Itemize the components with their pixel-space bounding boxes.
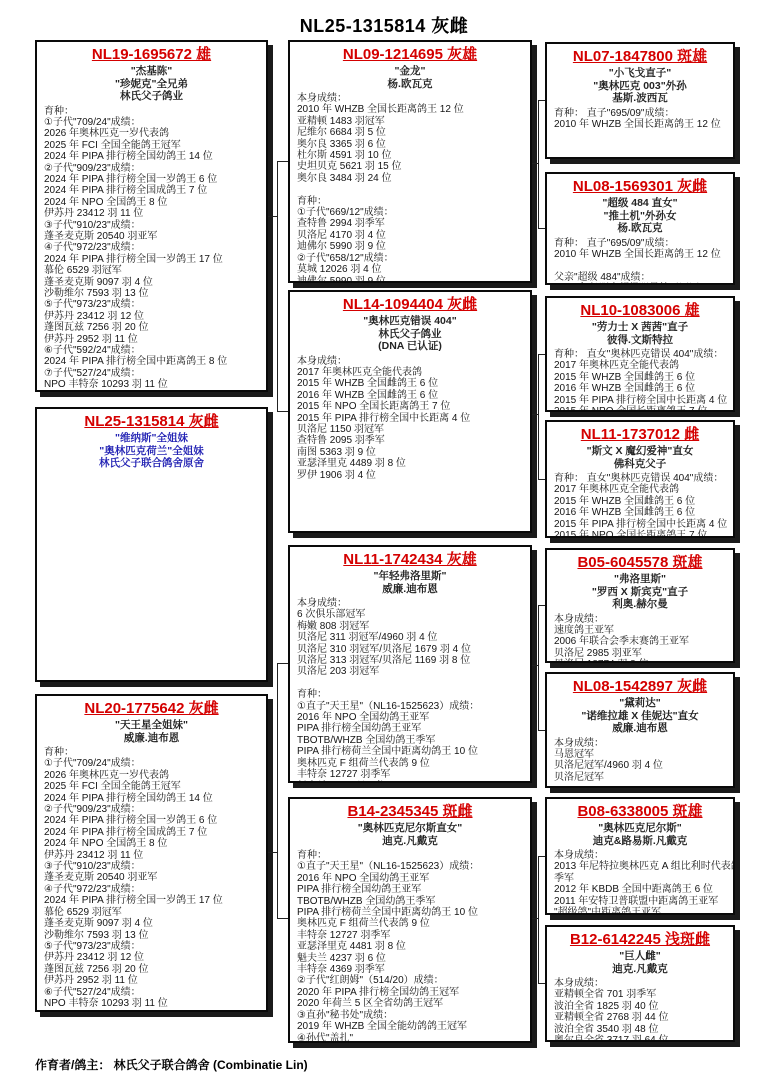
- text-line: "劳力士 X 茜茜"直子: [547, 321, 733, 334]
- pedigree-connector: [268, 216, 277, 217]
- text-line: 2013 年尼特拉奥林匹克 A 组比利时代表鸽: [554, 861, 730, 872]
- pedigree-connector: [538, 479, 545, 480]
- text-line: PIPA 排行榜荷兰全国中距离幼鸽王 10 位: [297, 907, 527, 918]
- ring-number: NL11-1737012 雌: [547, 425, 733, 444]
- text-line: 本身成绩：: [297, 93, 527, 104]
- breeder-credit: 作育者/鸽主： 林氏父子联合鸽舍 (Combinatie Lin): [35, 1056, 308, 1073]
- text-line: 威廉.迪布恩: [37, 732, 266, 745]
- ring-number: NL07-1847800 斑雄: [547, 47, 733, 66]
- pigeon-names: "天王星全姐妹"威廉.迪布恩: [37, 719, 266, 744]
- text-line: 慕伦 6529 羽冠军: [44, 265, 263, 276]
- text-line: 史坦贝克 5621 羽 15 位: [297, 161, 527, 172]
- text-line: 伊苏丹 23412 羽 11 位: [44, 208, 263, 219]
- text-line: 蓬图瓦兹 7256 羽 20 位: [44, 322, 263, 333]
- text-line: 2011 年安特卫普联盟中距离鸽王亚军: [554, 896, 730, 907]
- text-line: NPO 丰特奈 10293 羽 11 位: [44, 998, 263, 1009]
- text-line: 魁夫兰 4237 羽 6 位: [297, 781, 527, 784]
- text-line: 杜尔斯 4591 羽 10 位: [297, 150, 527, 161]
- text-line: 2012 年 KBDB 全国中距离鸽王 6 位: [554, 884, 730, 895]
- ring-number: B05-6045578 斑雄: [547, 553, 733, 572]
- pigeon-names: "弗洛里斯""罗西 X 斯宾克"直子利奥.赫尔曼: [547, 573, 733, 611]
- text-line: 2026 年奥林匹克一岁代表鸽: [44, 128, 263, 139]
- text-line: 2010 年 WHZB 全国长距离鸽王 12 位: [554, 119, 730, 130]
- text-line: ②子代"909/23"成绩：: [44, 163, 263, 174]
- text-line: 亚精顿 1483 羽冠军: [297, 116, 527, 127]
- pigeon-names: "维纳斯"全姐妹"奥林匹克荷兰"全姐妹林氏父子联合鸽舍原舍: [37, 432, 266, 470]
- ring-number: NL08-1542897 灰雌: [547, 677, 733, 696]
- text-line: 2016 年 WHZB 全国雌鸽王 6 位: [297, 390, 527, 401]
- text-line: 迪克.凡戴克: [290, 835, 530, 848]
- text-line: "维纳斯"全姐妹: [37, 432, 266, 445]
- text-line: 林氏父子鸽业: [290, 328, 530, 341]
- text-line: "奥林匹克尼尔斯": [547, 822, 733, 835]
- text-line: 2005 年长距离超级明星鸽王冠军: [554, 283, 730, 285]
- text-line: 育种：: [44, 747, 263, 758]
- text-line: 父亲"超级 484"成绩：: [554, 272, 730, 283]
- text-line: "天王星全姐妹": [37, 719, 266, 732]
- text-line: 育种： 直女"奥林匹克错误 404"成绩：: [554, 349, 730, 360]
- pedigree-connector: [538, 100, 545, 101]
- text-line: 2024 年 PIPA 排行榜全国一岁鸽王 17 位: [44, 895, 263, 906]
- pedigree-connector: [277, 161, 288, 162]
- text-line: 2015 年 WHZB 全国雌鸽王 6 位: [554, 372, 730, 383]
- text-line: ④子代"972/23"成绩：: [44, 242, 263, 253]
- text-line: ①直子"天王星"（NL16-1525623）成绩：: [297, 861, 527, 872]
- text-line: 2017 年奥林匹克全能代表鸽: [297, 367, 527, 378]
- text-line: 育种： 直子"695/09"成绩：: [554, 238, 730, 249]
- text-line: 佛科克父子: [547, 458, 733, 471]
- pigeon-names: "斯文 X 魔幻爱神"直女佛科克父子: [547, 445, 733, 470]
- pedigree-box-nl07-1847800: NL07-1847800 斑雄 "小飞戈直子""奥林匹克 003"外孙基斯.波西…: [545, 42, 735, 159]
- text-line: 梅嫩 808 羽冠军: [297, 621, 527, 632]
- text-line: 2024 年 PIPA 排行榜全国成鸽王 7 位: [44, 185, 263, 196]
- text-line: "超级鸽"中距离鸽王亚军: [554, 907, 730, 915]
- pedigree-box-nl25-1315814-subject: NL25-1315814 灰雌 "维纳斯"全姐妹"奥林匹克荷兰"全姐妹林氏父子联…: [35, 407, 268, 682]
- text-line: "珍妮克"全兄弟: [37, 78, 266, 91]
- text-line: 育种： 直子"695/09"成绩：: [554, 108, 730, 119]
- pedigree-box-nl08-1542897: NL08-1542897 灰雌 "黛莉达""诺维拉雄 X 佳妮达"直女威廉.迪布…: [545, 672, 735, 788]
- text-line: 查特鲁 2994 羽季军: [297, 218, 527, 229]
- ring-number: B14-2345345 斑雌: [290, 802, 530, 821]
- text-line: 杨.欧瓦克: [290, 78, 530, 91]
- text-line: 马恩冠军: [554, 749, 730, 760]
- text-line: 贝洛尼 310 羽冠军/贝洛尼 1679 羽 4 位: [297, 644, 527, 655]
- text-line: ③直孙"秘书处"成绩：: [297, 1010, 527, 1021]
- text-line: ①子代"709/24"成绩：: [44, 758, 263, 769]
- pedigree-connector: [277, 161, 278, 412]
- text-line: 奥尔良全省 3717 羽 64 位: [554, 1035, 730, 1042]
- pigeon-names: "劳力士 X 茜茜"直子彼得.文斯特拉: [547, 321, 733, 346]
- text-line: 蓬圣麦克斯 20540 羽亚军: [44, 231, 263, 242]
- pedigree-box-nl08-1569301: NL08-1569301 灰雌 "超级 484 直女""推土机"外孙女杨.欧瓦克…: [545, 172, 735, 285]
- results-list: 本身成绩：马恩冠军贝洛尼冠军/4960 羽 4 位贝洛尼冠军: [547, 738, 733, 784]
- text-line: 本身成绩：: [297, 356, 527, 367]
- pedigree-connector: [538, 354, 545, 355]
- pedigree-box-nl14-1094404: NL14-1094404 灰雌 "奥林匹克错误 404"林氏父子鸽业(DNA 已…: [288, 290, 532, 533]
- text-line: ①子代"709/24"成绩：: [44, 117, 263, 128]
- text-line: 2016 年 NPO 全国幼鸽王亚军: [297, 712, 527, 723]
- pedigree-connector: [268, 852, 277, 853]
- text-line: [554, 260, 730, 271]
- text-line: 贝洛尼 18774 羽 8 位: [554, 659, 730, 663]
- text-line: 贝洛尼 4170 羽 4 位: [297, 230, 527, 241]
- text-line: "黛莉达": [547, 697, 733, 710]
- results-list: 本身成绩：2017 年奥林匹克全能代表鸽2015 年 WHZB 全国雌鸽王 6 …: [290, 356, 530, 481]
- pigeon-names: "小飞戈直子""奥林匹克 003"外孙基斯.波西瓦: [547, 67, 733, 105]
- results-list: 育种： 直子"695/09"成绩：2010 年 WHZB 全国长距离鸽王 12 …: [547, 238, 733, 286]
- text-line: "斯文 X 魔幻爱神"直女: [547, 445, 733, 458]
- pedigree-connector: [538, 605, 539, 731]
- text-line: 季军: [554, 873, 730, 884]
- text-line: ④孙代"盖扎": [297, 1033, 527, 1044]
- text-line: 2015 年 NPO 全国长距离鸽王 7 位: [554, 406, 730, 412]
- pedigree-box-b08-6338005: B08-6338005 斑雄 "奥林匹克尼尔斯"迪克&路易斯.凡戴克 本身成绩：…: [545, 797, 735, 915]
- pedigree-box-nl20-1775642: NL20-1775642 灰雌 "天王星全姐妹"威廉.迪布恩 育种：①子代"70…: [35, 694, 268, 1012]
- text-line: 2024 年 NPO 全国鸽王 8 位: [44, 838, 263, 849]
- text-line: 2010 年 WHZB 全国长距离鸽王 12 位: [297, 104, 527, 115]
- results-list: 本身成绩：6 次俱乐部冠军梅嫩 808 羽冠军贝洛尼 311 羽冠军/4960 …: [290, 598, 530, 783]
- text-line: 本身成绩：: [554, 738, 730, 749]
- text-line: 育种： 直女"奥林匹克错误 404"成绩：: [554, 473, 730, 484]
- text-line: 育种：: [297, 850, 527, 861]
- pedigree-connector: [277, 411, 288, 412]
- text-line: "杰基陈": [37, 65, 266, 78]
- text-line: 奥尔良 3365 羽 6 位: [297, 139, 527, 150]
- text-line: 丰特奈 4369 羽季军: [297, 964, 527, 975]
- text-line: (DNA 已认证): [290, 340, 530, 353]
- text-line: 迪佛尔 5990 羽 9 位: [297, 276, 527, 284]
- text-line: 奥林匹克 F 组荷兰代表鸽 9 位: [297, 918, 527, 929]
- pigeon-names: "超级 484 直女""推土机"外孙女杨.欧瓦克: [547, 197, 733, 235]
- results-list: 本身成绩：亚精顿全省 701 羽季军波泊全省 1825 羽 40 位亚精顿全省 …: [547, 978, 733, 1042]
- pedigree-connector: [277, 663, 288, 664]
- pedigree-connector: [538, 100, 539, 229]
- text-line: 奥尔良 3484 羽 24 位: [297, 173, 527, 184]
- results-list: 育种： 直女"奥林匹克错误 404"成绩：2017 年奥林匹克全能代表鸽2015…: [547, 473, 733, 538]
- text-line: "推土机"外孙女: [547, 210, 733, 223]
- text-line: 伊苏丹 23412 羽 12 位: [44, 311, 263, 322]
- text-line: 慕伦 6529 羽冠军: [44, 907, 263, 918]
- text-line: 利奥.赫尔曼: [547, 598, 733, 611]
- text-line: 蓬圣麦克斯 9097 羽 4 位: [44, 277, 263, 288]
- text-line: ③子代"910/23"成绩：: [44, 861, 263, 872]
- text-line: [297, 678, 527, 689]
- text-line: 2016 年 WHZB 全国雌鸽王 6 位: [554, 507, 730, 518]
- text-line: 速度鸽王亚军: [554, 625, 730, 636]
- results-list: 本身成绩：2010 年 WHZB 全国长距离鸽王 12 位亚精顿 1483 羽冠…: [290, 93, 530, 283]
- ring-number: NL25-1315814 灰雌: [37, 412, 266, 431]
- text-line: 伊苏丹 2952 羽 11 位: [44, 334, 263, 345]
- text-line: ②子代"658/12"成绩：: [297, 253, 527, 264]
- pedigree-connector: [538, 228, 545, 229]
- text-line: 2006 年联合会季末赛鸽王亚军: [554, 636, 730, 647]
- text-line: 迪克&路易斯.凡戴克: [547, 835, 733, 848]
- ring-number: B12-6142245 浅斑雌: [547, 930, 733, 949]
- text-line: 2017 年奥林匹克全能代表鸽: [554, 484, 730, 495]
- text-line: ④子代"972/23"成绩：: [44, 884, 263, 895]
- text-line: 沙勒维尔 7593 羽 13 位: [44, 930, 263, 941]
- pedigree-connector: [538, 983, 545, 984]
- text-line: 亚瑟泽里克 4489 羽 8 位: [297, 458, 527, 469]
- text-line: 2010 年 WHZB 全国长距离鸽王 12 位: [554, 249, 730, 260]
- text-line: ⑥子代"592/24"成绩：: [44, 345, 263, 356]
- text-line: 波泊全省 1825 羽 40 位: [554, 1001, 730, 1012]
- text-line: 2015 年 WHZB 全国雌鸽王 6 位: [297, 378, 527, 389]
- text-line: [297, 184, 527, 195]
- text-line: 育种：: [44, 106, 263, 117]
- pedigree-connector: [277, 663, 278, 919]
- text-line: 本身成绩：: [297, 598, 527, 609]
- pedigree-box-nl11-1737012: NL11-1737012 雌 "斯文 X 魔幻爱神"直女佛科克父子 育种： 直女…: [545, 420, 735, 538]
- text-line: 蓬圣麦克斯 20540 羽亚军: [44, 872, 263, 883]
- text-line: 林氏父子联合鸽舍原舍: [37, 457, 266, 470]
- text-line: "奥林匹克尼尔斯直女": [290, 822, 530, 835]
- text-line: 威廉.迪布恩: [290, 583, 530, 596]
- text-line: 2024 年 PIPA 排行榜全国成鸽王 7 位: [44, 827, 263, 838]
- text-line: 尼维尔 6684 羽 5 位: [297, 127, 527, 138]
- text-line: 2015 年 PIPA 排行榜全国中长距离 4 位: [554, 519, 730, 530]
- results-list: 育种：①子代"709/24"成绩：2026 年奥林匹克一岁代表鸽2025 年 F…: [37, 106, 266, 391]
- pigeon-names: "奥林匹克尼尔斯直女"迪克.凡戴克: [290, 822, 530, 847]
- text-line: PIPA 排行榜全国幼鸽王亚军: [297, 723, 527, 734]
- text-line: 亚精顿全省 701 羽季军: [554, 989, 730, 1000]
- pigeon-names: "年轻弗洛里斯"威廉.迪布恩: [290, 570, 530, 595]
- text-line: 魁夫兰 4237 羽 6 位: [297, 953, 527, 964]
- text-line: "小飞戈直子": [547, 67, 733, 80]
- text-line: 亚瑟泽里克 4481 羽 8 位: [297, 941, 527, 952]
- ring-number: NL10-1083006 雄: [547, 301, 733, 320]
- text-line: 育种：: [297, 689, 527, 700]
- text-line: 伊苏丹 23412 羽 11 位: [44, 850, 263, 861]
- text-line: ⑦子代"527/24"成绩：: [44, 368, 263, 379]
- text-line: 丰特奈 12727 羽季军: [297, 769, 527, 780]
- text-line: 迪克.凡戴克: [547, 963, 733, 976]
- text-line: 2020 年荷兰 5 区全省幼鸽王冠军: [297, 998, 527, 1009]
- text-line: 2017 年奥林匹克全能代表鸽: [554, 360, 730, 371]
- text-line: 贝洛尼 313 羽冠军/贝洛尼 1169 羽 8 位: [297, 655, 527, 666]
- text-line: 贝洛尼 203 羽冠军: [297, 666, 527, 677]
- text-line: "超级 484 直女": [547, 197, 733, 210]
- text-line: 蓬圣麦克斯 9097 羽 4 位: [44, 918, 263, 929]
- text-line: 2024 年 PIPA 排行榜全国一岁鸽王 6 位: [44, 174, 263, 185]
- text-line: 罗伊 1906 羽 4 位: [297, 470, 527, 481]
- text-line: 2016 年 NPO 全国幼鸽王亚军: [297, 873, 527, 884]
- text-line: 杨.欧瓦克: [547, 222, 733, 235]
- text-line: 2024 年 PIPA 排行榜全国一岁鸽王 6 位: [44, 815, 263, 826]
- text-line: ⑥子代"527/24"成绩：: [44, 987, 263, 998]
- pedigree-box-nl10-1083006: NL10-1083006 雄 "劳力士 X 茜茜"直子彼得.文斯特拉 育种： 直…: [545, 296, 735, 412]
- page-title: NL25-1315814 灰雌: [0, 12, 768, 38]
- text-line: ①子代"669/12"成绩：: [297, 207, 527, 218]
- text-line: 2015 年 WHZB 全国雌鸽王 6 位: [554, 496, 730, 507]
- pedigree-box-nl09-1214695: NL09-1214695 灰雄 "金龙"杨.欧瓦克 本身成绩：2010 年 WH…: [288, 40, 532, 283]
- text-line: 伊苏丹 2952 羽 11 位: [44, 975, 263, 986]
- ring-number: NL20-1775642 灰雌: [37, 699, 266, 718]
- pedigree-box-b05-6045578: B05-6045578 斑雄 "弗洛里斯""罗西 X 斯宾克"直子利奥.赫尔曼 …: [545, 548, 735, 663]
- text-line: "奥林匹克 003"外孙: [547, 80, 733, 93]
- text-line: 迪佛尔 5990 羽 9 位: [297, 241, 527, 252]
- pedigree-connector: [538, 856, 539, 984]
- pedigree-box-nl19-1695672: NL19-1695672 雄 "杰基陈""珍妮克"全兄弟林氏父子鸽业 育种：①子…: [35, 40, 268, 392]
- pedigree-box-nl11-1742434: NL11-1742434 灰雄 "年轻弗洛里斯"威廉.迪布恩 本身成绩：6 次俱…: [288, 545, 532, 783]
- text-line: 彼得.文斯特拉: [547, 334, 733, 347]
- text-line: NPO 丰特奈 10293 羽 11 位: [44, 379, 263, 390]
- pigeon-names: "黛莉达""诺维拉雄 X 佳妮达"直女威廉.迪布恩: [547, 697, 733, 735]
- text-line: 2024 年 NPO 全国鸽王 8 位: [44, 197, 263, 208]
- text-line: ⑤子代"973/23"成绩：: [44, 299, 263, 310]
- text-line: 林氏父子鸽业: [37, 90, 266, 103]
- text-line: TBOTB/WHZB 全国幼鸽王季军: [297, 896, 527, 907]
- text-line: PIPA 排行榜全国幼鸽王亚军: [297, 884, 527, 895]
- ring-number: NL19-1695672 雄: [37, 45, 266, 64]
- pedigree-connector: [538, 354, 539, 480]
- ring-number: B08-6338005 斑雄: [547, 802, 733, 821]
- text-line: 本身成绩：: [554, 850, 730, 861]
- text-line: 2024 年 PIPA 排行榜全国一岁鸽王 17 位: [44, 254, 263, 265]
- text-line: 贝洛尼冠军/4960 羽 4 位: [554, 760, 730, 771]
- text-line: ②子代"红朗姆"（514/20）成绩：: [297, 975, 527, 986]
- pedigree-connector: [538, 856, 545, 857]
- pedigree-connector: [538, 730, 545, 731]
- text-line: "罗西 X 斯宾克"直子: [547, 586, 733, 599]
- text-line: ③子代"910/23"成绩：: [44, 220, 263, 231]
- ring-number: NL14-1094404 灰雌: [290, 295, 530, 314]
- text-line: 2020 年 PIPA 排行榜全国幼鸽王冠军: [297, 987, 527, 998]
- text-line: 2024 年 PIPA 排行榜全国幼鸽王 14 位: [44, 151, 263, 162]
- results-list: 本身成绩：速度鸽王亚军2006 年联合会季末赛鸽王亚军贝洛尼 2985 羽亚军贝…: [547, 614, 733, 664]
- results-list: 育种： 直女"奥林匹克错误 404"成绩：2017 年奥林匹克全能代表鸽2015…: [547, 349, 733, 412]
- pedigree-box-b14-2345345: B14-2345345 斑雌 "奥林匹克尼尔斯直女"迪克.凡戴克 育种：①直子"…: [288, 797, 532, 1043]
- text-line: 查特鲁 2095 羽季军: [297, 435, 527, 446]
- text-line: 本身成绩：: [554, 978, 730, 989]
- text-line: 2015 年 NPO 全国长距离鸽王 7 位: [297, 401, 527, 412]
- text-line: TBOTB/WHZB 全国幼鸽王季军: [297, 735, 527, 746]
- ring-number: NL09-1214695 灰雄: [290, 45, 530, 64]
- text-line: "弗洛里斯": [547, 573, 733, 586]
- text-line: "巨人雌": [547, 950, 733, 963]
- pigeon-names: "杰基陈""珍妮克"全兄弟林氏父子鸽业: [37, 65, 266, 103]
- text-line: ②子代"909/23"成绩：: [44, 804, 263, 815]
- ring-number: NL11-1742434 灰雄: [290, 550, 530, 569]
- text-line: 沙勒维尔 7593 羽 13 位: [44, 288, 263, 299]
- text-line: 2016 年 WHZB 全国雌鸽王 6 位: [554, 383, 730, 394]
- text-line: 2024 年 PIPA 排行榜全国中距离鸽王 8 位: [44, 356, 263, 367]
- results-list: 育种：①直子"天王星"（NL16-1525623）成绩：2016 年 NPO 全…: [290, 850, 530, 1043]
- text-line: 2026 年奥林匹克一岁代表鸽: [44, 770, 263, 781]
- text-line: 基斯.波西瓦: [547, 92, 733, 105]
- text-line: 贝洛尼 311 羽冠军/4960 羽 4 位: [297, 632, 527, 643]
- text-line: 蓬图瓦兹 7256 羽 20 位: [44, 964, 263, 975]
- text-line: 6 次俱乐部冠军: [297, 609, 527, 620]
- text-line: ⑤子代"973/23"成绩：: [44, 941, 263, 952]
- pigeon-names: "奥林匹克尼尔斯"迪克&路易斯.凡戴克: [547, 822, 733, 847]
- text-line: 2025 年 FCI 全国全能鸽王冠军: [44, 781, 263, 792]
- text-line: 贝洛尼 2985 羽亚军: [554, 648, 730, 659]
- text-line: "奥林匹克荷兰"全姐妹: [37, 445, 266, 458]
- text-line: ①直子"天王星"（NL16-1525623）成绩：: [297, 701, 527, 712]
- text-line: 2015 年 PIPA 排行榜全国中长距离 4 位: [554, 395, 730, 406]
- text-line: "金龙": [290, 65, 530, 78]
- text-line: 波泊全省 3540 羽 48 位: [554, 1024, 730, 1035]
- pedigree-connector: [277, 918, 288, 919]
- text-line: 奥林匹克 F 组荷兰代表鸽 9 位: [297, 758, 527, 769]
- text-line: 威廉.迪布恩: [547, 722, 733, 735]
- text-line: 伊苏丹 23412 羽 12 位: [44, 952, 263, 963]
- results-list: 育种： 直子"695/09"成绩：2010 年 WHZB 全国长距离鸽王 12 …: [547, 108, 733, 131]
- pigeon-names: "巨人雌"迪克.凡戴克: [547, 950, 733, 975]
- text-line: 育种：: [297, 196, 527, 207]
- text-line: 本身成绩：: [554, 614, 730, 625]
- text-line: "年轻弗洛里斯": [290, 570, 530, 583]
- text-line: 贝洛尼 1150 羽冠军: [297, 424, 527, 435]
- text-line: 2015 年 NPO 全国长距离鸽王 7 位: [554, 530, 730, 538]
- text-line: 2019 年 WHZB 全国全能幼鸽鸽王冠军: [297, 1021, 527, 1032]
- ring-number: NL08-1569301 灰雌: [547, 177, 733, 196]
- text-line: "奥林匹克错误 404": [290, 315, 530, 328]
- pedigree-box-b12-6142245: B12-6142245 浅斑雌 "巨人雌"迪克.凡戴克 本身成绩：亚精顿全省 7…: [545, 925, 735, 1042]
- text-line: 2025 年 FCI 全国全能鸽王冠军: [44, 140, 263, 151]
- text-line: 贝洛尼冠军: [554, 772, 730, 783]
- text-line: "诺维拉雄 X 佳妮达"直女: [547, 710, 733, 723]
- text-line: PIPA 排行榜荷兰全国中距离幼鸽王 10 位: [297, 746, 527, 757]
- text-line: 丰特奈 12727 羽季军: [297, 930, 527, 941]
- results-list: 育种：①子代"709/24"成绩：2026 年奥林匹克一岁代表鸽2025 年 F…: [37, 747, 266, 1009]
- text-line: 莫城 12026 羽 4 位: [297, 264, 527, 275]
- pigeon-names: "金龙"杨.欧瓦克: [290, 65, 530, 90]
- text-line: 南图 5363 羽 9 位: [297, 447, 527, 458]
- text-line: 亚精顿全省 2768 羽 44 位: [554, 1012, 730, 1023]
- pigeon-names: "奥林匹克错误 404"林氏父子鸽业(DNA 已认证): [290, 315, 530, 353]
- text-line: 2024 年 PIPA 排行榜全国幼鸽王 14 位: [44, 793, 263, 804]
- results-list: 本身成绩：2013 年尼特拉奥林匹克 A 组比利时代表鸽季军2012 年 KBD…: [547, 850, 733, 915]
- pedigree-connector: [538, 605, 545, 606]
- text-line: 2015 年 PIPA 排行榜全国中长距离 4 位: [297, 413, 527, 424]
